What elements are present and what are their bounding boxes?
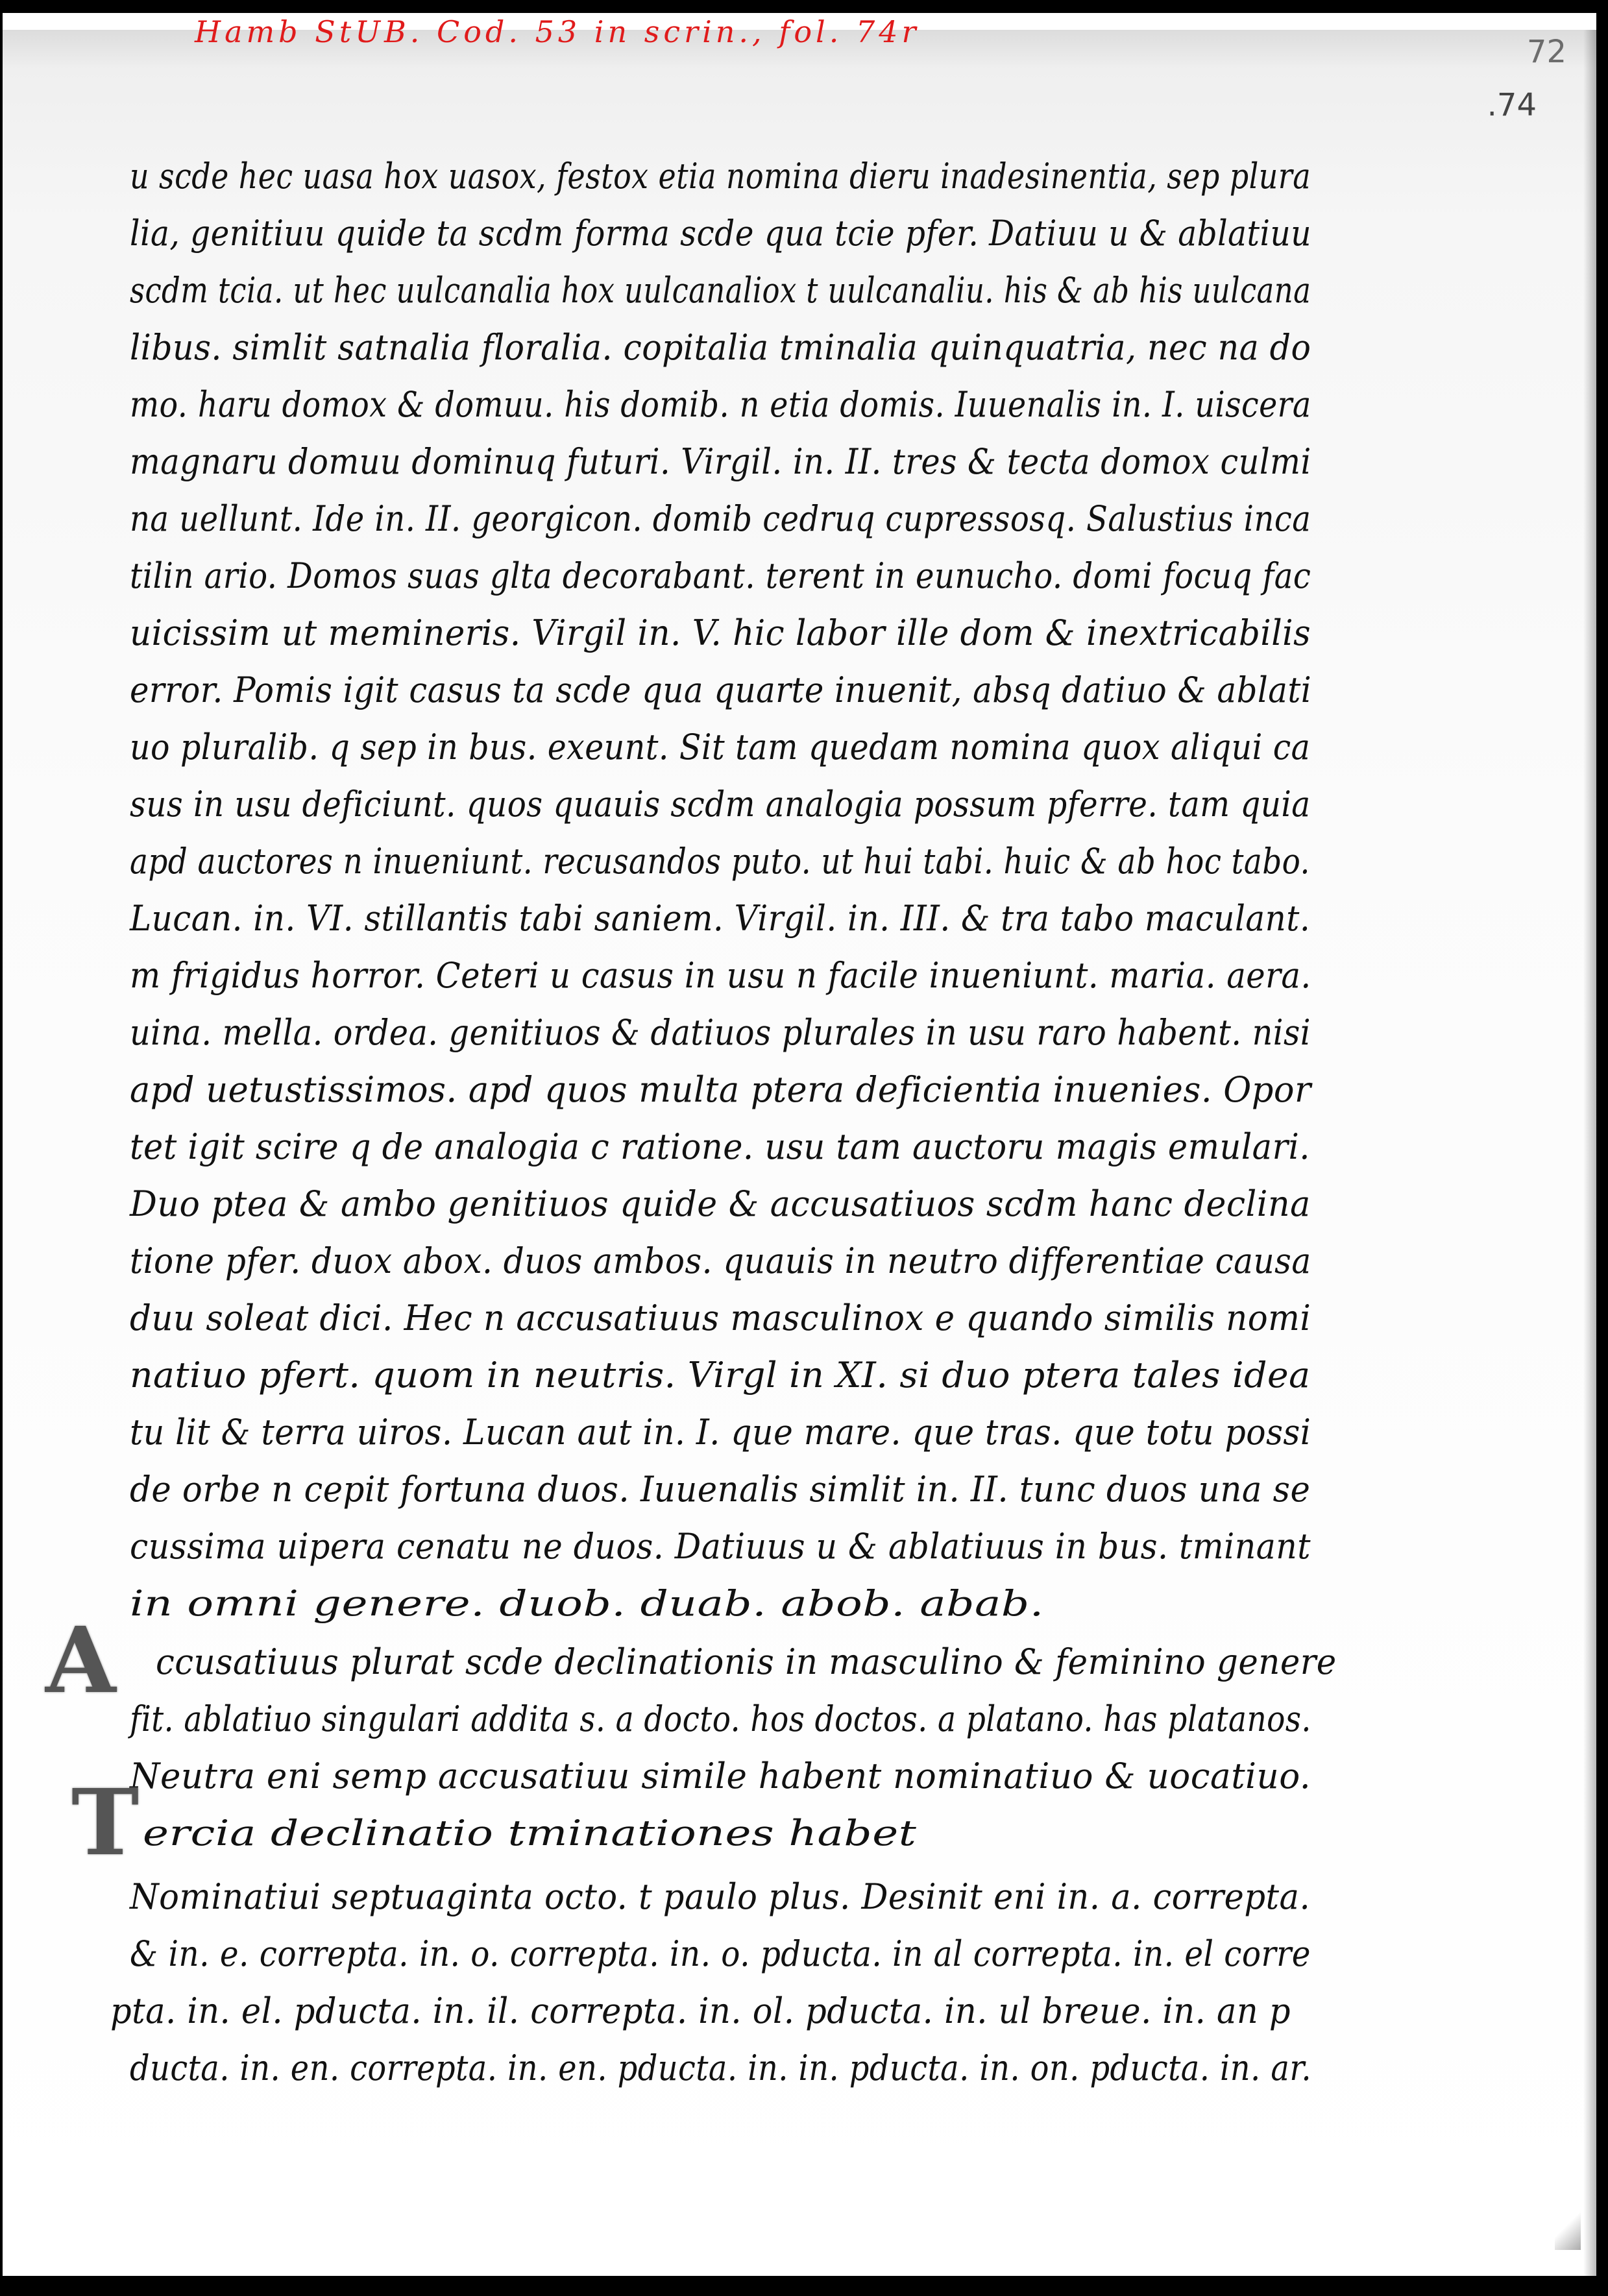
- section-t-line: & in. e. correpta. in. o. correpta. in. …: [130, 1933, 1311, 1974]
- section-t-line: pta. in. el. pducta. in. il. correpta. i…: [110, 1990, 1291, 2031]
- text-line: apd uetustissimos. apd quos multa ptera …: [130, 1069, 1311, 1110]
- folio-number: .74: [1487, 87, 1537, 123]
- text-line: lia, genitiuu quide ta scdm forma scde q…: [130, 213, 1311, 254]
- text-line: in omni genere. duob. duab. abob. abab.: [130, 1583, 1044, 1624]
- folio-number-old: 72: [1527, 34, 1566, 70]
- section-t-line: Nominatiui septuaginta octo. t paulo plu…: [130, 1876, 1310, 1917]
- text-line: Duo ptea & ambo genitiuos quide & accusa…: [130, 1183, 1311, 1224]
- section-a-line: ccusatiuus plurat scde declinationis in …: [156, 1641, 1337, 1682]
- text-line: m frigidus horror. Ceteri u casus in usu…: [130, 955, 1311, 996]
- decorated-initial-t: T: [71, 1778, 139, 1868]
- text-line: u scde hec uasa hox uasox, festox etia n…: [130, 156, 1311, 197]
- text-line: uicissim ut memineris. Virgil in. V. hic…: [130, 612, 1311, 653]
- text-line: tet igit scire q de analogia c ratione. …: [130, 1126, 1310, 1167]
- text-line: natiuo pfert. quom in neutris. Virgl in …: [130, 1355, 1310, 1396]
- text-line: tione pfer. duox abox. duos ambos. quaui…: [130, 1240, 1311, 1281]
- page-corner: [1555, 2211, 1581, 2250]
- text-line: mo. haru domox & domuu. his domib. n eti…: [130, 384, 1311, 425]
- text-line: tu lit & terra uiros. Lucan aut in. I. q…: [130, 1412, 1311, 1453]
- text-line: error. Pomis igit casus ta scde qua quar…: [130, 670, 1311, 710]
- section-a-line: fit. ablatiuo singulari addita s. a doct…: [130, 1698, 1311, 1739]
- section-t-line: ducta. in. en. correpta. in. en. pducta.…: [130, 2048, 1311, 2088]
- text-line: duu soleat dici. Hec n accusatiuus mascu…: [130, 1298, 1311, 1338]
- decorated-initial-a: A: [45, 1615, 116, 1706]
- text-line: sus in usu deficiunt. quos quauis scdm a…: [130, 784, 1311, 825]
- text-line: de orbe n cepit fortuna duos. Iuuenalis …: [130, 1469, 1310, 1510]
- section-t-heading: ercia declinatio tminationes habet: [143, 1813, 917, 1854]
- text-line: uina. mella. ordea. genitiuos & datiuos …: [130, 1012, 1311, 1053]
- text-line: scdm tcia. ut hec uulcanalia hox uulcana…: [130, 270, 1311, 311]
- text-line: uo pluralib. q sep in bus. exeunt. Sit t…: [130, 727, 1310, 767]
- text-line: tilin ario. Domos suas glta decorabant. …: [130, 555, 1311, 596]
- section-a-line: Neutra eni semp accusatiuu simile habent…: [130, 1756, 1311, 1796]
- text-line: magnaru domuu dominuq futuri. Virgil. in…: [130, 441, 1311, 482]
- text-line: libus. simlit satnalia floralia. copital…: [130, 327, 1311, 368]
- text-line: cussima uipera cenatu ne duos. Datiuus u…: [130, 1526, 1311, 1567]
- text-line: apd auctores n inueniunt. recusandos put…: [130, 841, 1310, 882]
- text-line: na uellunt. Ide in. II. georgicon. domib…: [130, 498, 1311, 539]
- shelfmark-annotation: Hamb StUB. Cod. 53 in scrin., fol. 74r: [195, 14, 920, 49]
- text-line: Lucan. in. VI. stillantis tabi saniem. V…: [130, 898, 1310, 939]
